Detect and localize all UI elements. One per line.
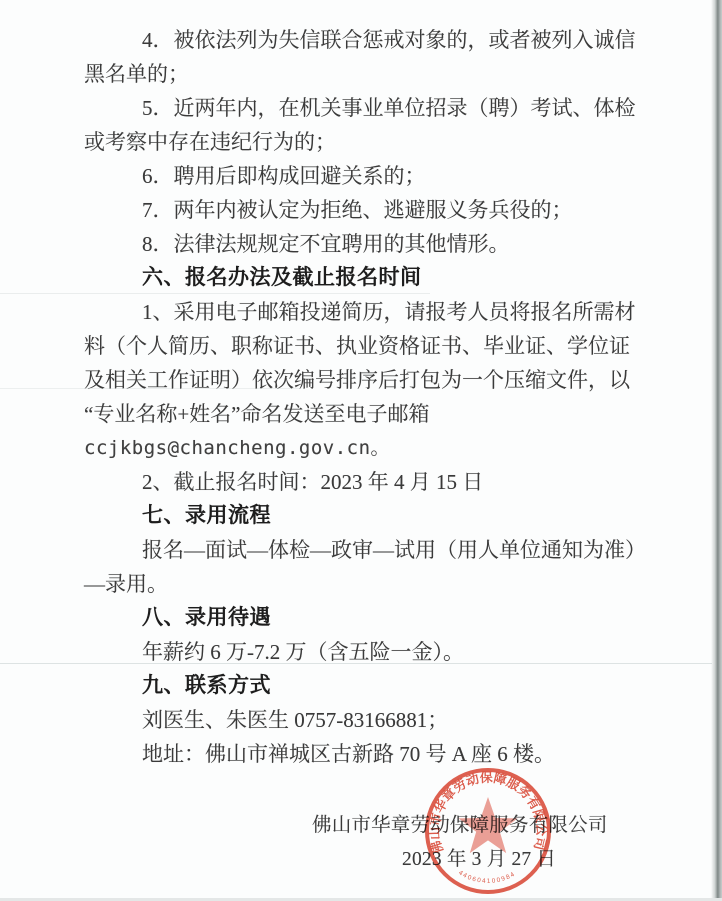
section-heading-application: 六、报名办法及截止报名时间 <box>84 261 646 295</box>
list-item-8: 8．法律法规规定不宜聘用的其他情形。 <box>84 227 646 261</box>
application-item-1-cont-b: 及相关工作证明）依次编号排序后打包为一个压缩文件，以 <box>84 363 646 397</box>
section-heading-process: 七、录用流程 <box>84 499 646 533</box>
scan-artifact-line <box>0 663 712 664</box>
document-body: 4．被依法列为失信联合惩戒对象的，或者被列入诚信 黑名单的； 5．近两年内，在机… <box>84 23 646 771</box>
list-item-4-cont: 黑名单的； <box>84 57 646 91</box>
scan-artifact-line <box>0 388 300 389</box>
process-steps: 报名—面试—体检—政审—试用（用人单位通知为准） <box>84 533 646 567</box>
process-steps-cont: —录用。 <box>84 567 646 601</box>
application-item-1-cont-c: “专业名称+姓名”命名发送至电子邮箱 <box>84 397 646 431</box>
list-item-5-cont: 或考察中存在违纪行为的； <box>84 125 646 159</box>
list-item-7: 7．两年内被认定为拒绝、逃避服义务兵役的； <box>84 193 646 227</box>
section-heading-contact: 九、联系方式 <box>84 669 646 703</box>
scanned-document-page: 4．被依法列为失信联合惩戒对象的，或者被列入诚信 黑名单的； 5．近两年内，在机… <box>0 0 722 901</box>
email-address: ccjkbgs@chancheng.gov.cn。 <box>84 431 646 465</box>
scan-edge-shadow <box>711 0 722 901</box>
section-heading-salary: 八、录用待遇 <box>84 601 646 635</box>
scan-artifact-line <box>0 293 430 294</box>
contact-address: 地址：佛山市禅城区古新路 70 号 A 座 6 楼。 <box>84 737 646 771</box>
application-deadline: 2、截止报名时间：2023 年 4 月 15 日 <box>84 465 646 499</box>
application-item-1: 1、采用电子邮箱投递简历，请报考人员将报名所需材 <box>84 295 646 329</box>
list-item-6: 6．聘用后即构成回避关系的； <box>84 159 646 193</box>
contact-phone: 刘医生、朱医生 0757-83166881； <box>84 703 646 737</box>
list-item-4: 4．被依法列为失信联合惩戒对象的，或者被列入诚信 <box>84 23 646 57</box>
seal-star-icon <box>459 797 518 853</box>
company-seal: 佛山市华章劳动保障服务有限公司 4406041009849 <box>420 763 556 899</box>
list-item-5: 5．近两年内，在机关事业单位招录（聘）考试、体检 <box>84 91 646 125</box>
application-item-1-cont-a: 料（个人简历、职称证书、执业资格证书、毕业证、学位证 <box>84 329 646 363</box>
